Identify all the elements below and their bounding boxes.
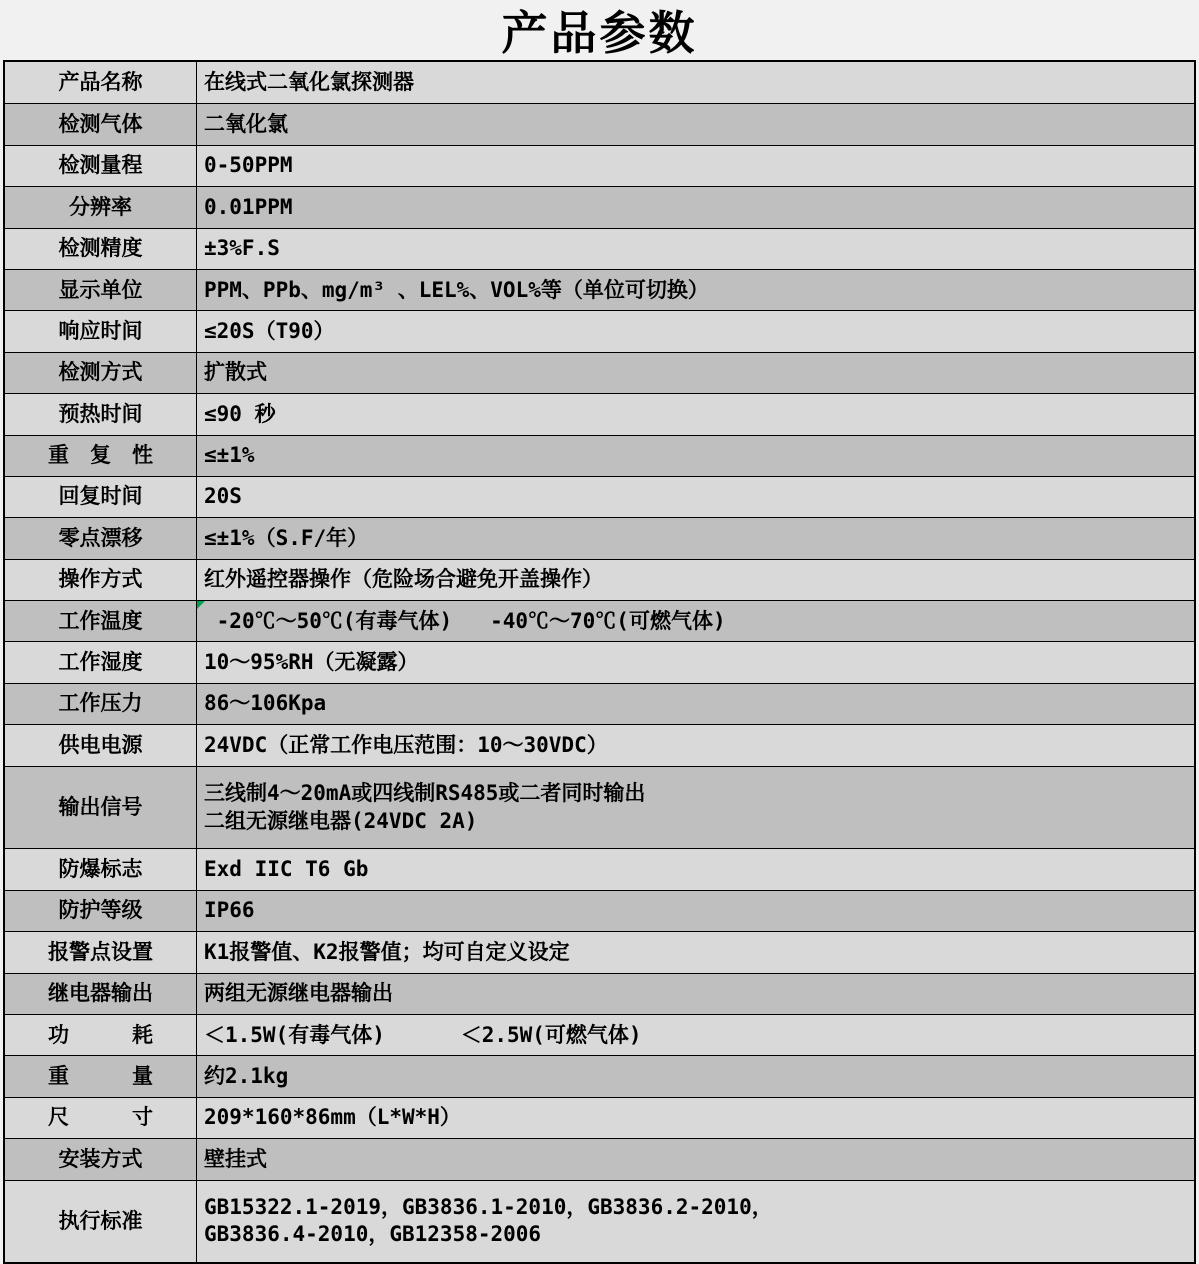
row-value: 壁挂式 — [197, 1139, 1194, 1179]
row-value-text: 86～106Kpa — [204, 690, 326, 717]
row-value: 两组无源继电器输出 — [197, 974, 1194, 1014]
table-row-product-name: 产品名称 在线式二氧化氯探测器 — [5, 62, 1194, 103]
row-value-text: ＜1.5W(有毒气体) ＜2.5W(可燃气体) — [204, 1022, 642, 1049]
row-label: 响应时间 — [5, 311, 197, 351]
table-row-executive-standards: 执行标准 GB15322.1-2019，GB3836.1-2010，GB3836… — [5, 1180, 1194, 1263]
row-label: 产品名称 — [5, 62, 197, 103]
table-row-detection-range: 检测量程 0-50PPM — [5, 145, 1194, 186]
row-value: ≤90 秒 — [197, 394, 1194, 434]
row-value-text: 24VDC（正常工作电压范围：10～30VDC） — [204, 732, 608, 759]
row-value-text: 扩散式 — [204, 359, 267, 386]
row-value-text: ±3%F.S — [204, 235, 280, 262]
row-value-text: 红外遥控器操作（危险场合避免开盖操作） — [204, 566, 603, 593]
table-row-operation-method: 操作方式 红外遥控器操作（危险场合避免开盖操作） — [5, 559, 1194, 600]
row-label: 检测量程 — [5, 146, 197, 186]
table-row-power-consumption: 功 耗 ＜1.5W(有毒气体) ＜2.5W(可燃气体) — [5, 1014, 1194, 1055]
row-label: 回复时间 — [5, 477, 197, 517]
row-label: 防爆标志 — [5, 849, 197, 889]
table-row-weight: 重 量 约2.1kg — [5, 1055, 1194, 1096]
row-value-text: 0.01PPM — [204, 194, 293, 221]
table-row-detected-gas: 检测气体 二氧化氯 — [5, 103, 1194, 144]
row-label: 继电器输出 — [5, 974, 197, 1014]
table-row-working-humidity: 工作湿度 10～95%RH（无凝露） — [5, 641, 1194, 682]
row-value: GB15322.1-2019，GB3836.1-2010，GB3836.2-20… — [197, 1181, 1194, 1263]
table-row-dimensions: 尺 寸 209*160*86mm（L*W*H） — [5, 1097, 1194, 1138]
row-value-text: 10～95%RH（无凝露） — [204, 649, 419, 676]
row-value-text: IP66 — [204, 897, 255, 924]
table-row-zero-drift: 零点漂移 ≤±1%（S.F/年） — [5, 517, 1194, 558]
row-value: ＜1.5W(有毒气体) ＜2.5W(可燃气体) — [197, 1015, 1194, 1055]
row-value: 二氧化氯 — [197, 104, 1194, 144]
row-value-text: 20S — [204, 483, 242, 510]
row-value-text: 在线式二氧化氯探测器 — [204, 69, 414, 96]
row-value-text: Exd IIC T6 Gb — [204, 856, 368, 883]
row-value-text: 0-50PPM — [204, 152, 293, 179]
row-label: 预热时间 — [5, 394, 197, 434]
row-value-text: ≤±1% — [204, 442, 255, 469]
row-label: 尺 寸 — [5, 1098, 197, 1138]
row-value-line: GB3836.4-2010，GB12358-2006 — [204, 1221, 541, 1248]
row-value: ≤20S（T90） — [197, 311, 1194, 351]
row-label: 操作方式 — [5, 560, 197, 600]
table-row-warmup-time: 预热时间 ≤90 秒 — [5, 393, 1194, 434]
table-row-working-temperature: 工作温度 -20℃～50℃(有毒气体) -40℃～70℃(可燃气体) — [5, 600, 1194, 641]
row-label: 分辨率 — [5, 187, 197, 227]
table-row-accuracy: 检测精度 ±3%F.S — [5, 228, 1194, 269]
row-label: 重 量 — [5, 1056, 197, 1096]
row-label: 重 复 性 — [5, 436, 197, 476]
row-value: ±3%F.S — [197, 229, 1194, 269]
row-value-text: K1报警值、K2报警值；均可自定义设定 — [204, 939, 570, 966]
table-row-output-signal: 输出信号 三线制4～20mA或四线制RS485或二者同时输出 二组无源继电器(2… — [5, 766, 1194, 849]
row-label: 工作温度 — [5, 601, 197, 641]
table-row-repeatability: 重 复 性 ≤±1% — [5, 435, 1194, 476]
row-value: 20S — [197, 477, 1194, 517]
table-row-display-units: 显示单位 PPM、PPb、mg/m³ 、LEL%、VOL%等（单位可切换） — [5, 269, 1194, 310]
row-value: -20℃～50℃(有毒气体) -40℃～70℃(可燃气体) — [197, 601, 1194, 641]
table-row-working-pressure: 工作压力 86～106Kpa — [5, 683, 1194, 724]
row-value: 86～106Kpa — [197, 684, 1194, 724]
row-value-line: GB15322.1-2019，GB3836.1-2010，GB3836.2-20… — [204, 1194, 773, 1221]
row-value-text: -20℃～50℃(有毒气体) -40℃～70℃(可燃气体) — [204, 608, 726, 635]
row-label: 防护等级 — [5, 891, 197, 931]
row-value-text: 209*160*86mm（L*W*H） — [204, 1104, 461, 1131]
table-row-detection-method: 检测方式 扩散式 — [5, 352, 1194, 393]
row-value: Exd IIC T6 Gb — [197, 849, 1194, 889]
row-value-text: 约2.1kg — [204, 1063, 288, 1090]
row-value: 10～95%RH（无凝露） — [197, 642, 1194, 682]
table-row-power-supply: 供电电源 24VDC（正常工作电压范围：10～30VDC） — [5, 724, 1194, 765]
row-label: 工作湿度 — [5, 642, 197, 682]
table-row-relay-output: 继电器输出 两组无源继电器输出 — [5, 973, 1194, 1014]
row-value-text: ≤20S（T90） — [204, 318, 335, 345]
row-value: PPM、PPb、mg/m³ 、LEL%、VOL%等（单位可切换） — [197, 270, 1194, 310]
row-value-text: PPM、PPb、mg/m³ 、LEL%、VOL%等（单位可切换） — [204, 277, 709, 304]
row-value-text: 二氧化氯 — [204, 111, 288, 138]
row-label: 检测精度 — [5, 229, 197, 269]
row-value: 扩散式 — [197, 353, 1194, 393]
row-value: 0-50PPM — [197, 146, 1194, 186]
product-spec-table: 产品名称 在线式二氧化氯探测器 检测气体 二氧化氯 检测量程 0-50PPM 分… — [3, 60, 1196, 1264]
row-label: 执行标准 — [5, 1181, 197, 1263]
row-value-text: ≤90 秒 — [204, 401, 276, 428]
row-value: ≤±1%（S.F/年） — [197, 518, 1194, 558]
row-value-line: 三线制4～20mA或四线制RS485或二者同时输出 — [204, 780, 645, 807]
row-label: 显示单位 — [5, 270, 197, 310]
row-value: 0.01PPM — [197, 187, 1194, 227]
cell-comment-marker-icon — [197, 601, 205, 609]
row-label: 零点漂移 — [5, 518, 197, 558]
row-label: 供电电源 — [5, 725, 197, 765]
page-title: 产品参数 — [0, 0, 1199, 60]
row-label: 工作压力 — [5, 684, 197, 724]
row-label: 安装方式 — [5, 1139, 197, 1179]
table-row-response-time: 响应时间 ≤20S（T90） — [5, 310, 1194, 351]
row-label: 检测方式 — [5, 353, 197, 393]
row-value-text: 壁挂式 — [204, 1146, 267, 1173]
row-value-text: 两组无源继电器输出 — [204, 980, 393, 1007]
row-value: 约2.1kg — [197, 1056, 1194, 1096]
table-row-protection-rating: 防护等级 IP66 — [5, 890, 1194, 931]
table-row-alarm-setpoints: 报警点设置 K1报警值、K2报警值；均可自定义设定 — [5, 931, 1194, 972]
row-value: 三线制4～20mA或四线制RS485或二者同时输出 二组无源继电器(24VDC … — [197, 767, 1194, 849]
row-label: 检测气体 — [5, 104, 197, 144]
row-label: 功 耗 — [5, 1015, 197, 1055]
row-value: K1报警值、K2报警值；均可自定义设定 — [197, 932, 1194, 972]
row-value-line: 二组无源继电器(24VDC 2A) — [204, 808, 477, 835]
table-row-recovery-time: 回复时间 20S — [5, 476, 1194, 517]
row-label: 报警点设置 — [5, 932, 197, 972]
row-value: 红外遥控器操作（危险场合避免开盖操作） — [197, 560, 1194, 600]
row-value: ≤±1% — [197, 436, 1194, 476]
table-row-installation-method: 安装方式 壁挂式 — [5, 1138, 1194, 1179]
row-value: IP66 — [197, 891, 1194, 931]
row-value: 在线式二氧化氯探测器 — [197, 62, 1194, 103]
row-label: 输出信号 — [5, 767, 197, 849]
table-row-resolution: 分辨率 0.01PPM — [5, 186, 1194, 227]
table-row-explosion-proof-mark: 防爆标志 Exd IIC T6 Gb — [5, 848, 1194, 889]
row-value: 24VDC（正常工作电压范围：10～30VDC） — [197, 725, 1194, 765]
row-value: 209*160*86mm（L*W*H） — [197, 1098, 1194, 1138]
row-value-text: ≤±1%（S.F/年） — [204, 525, 368, 552]
